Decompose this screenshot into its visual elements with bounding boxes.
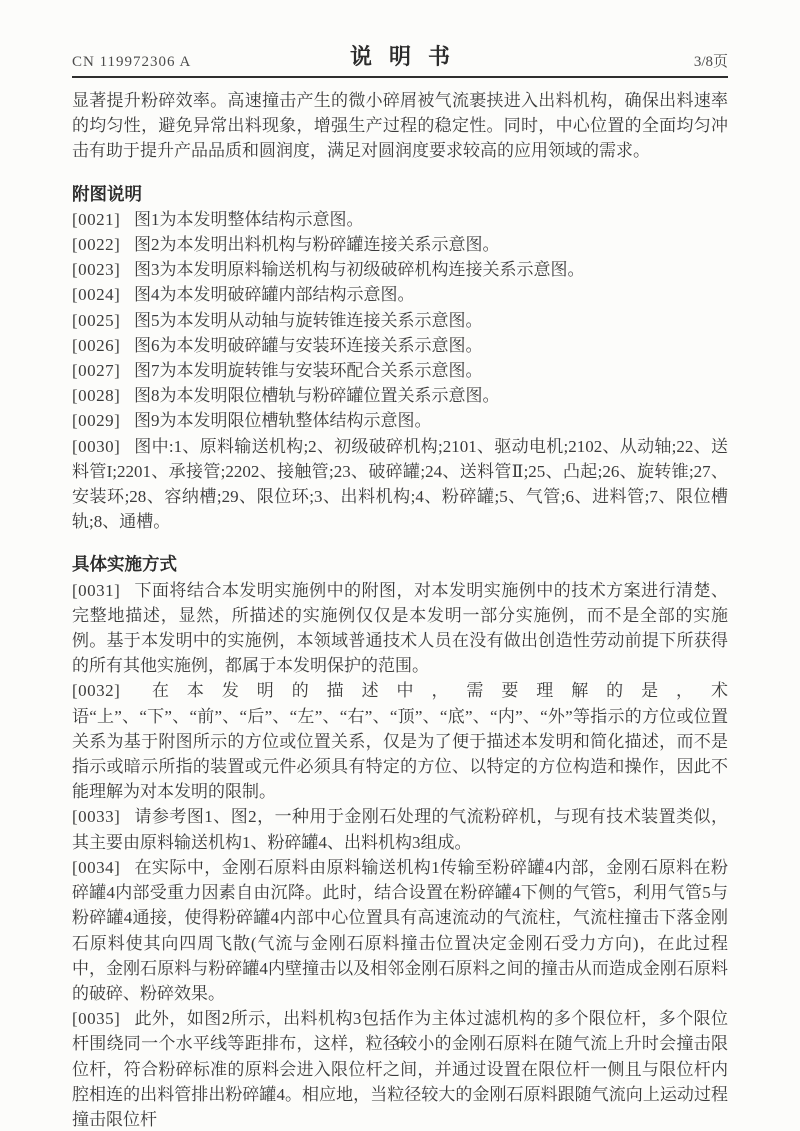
paragraph-text: 图5为本发明从动轴与旋转锥连接关系示意图。 <box>134 311 483 330</box>
paragraph-0021: [0021]图1为本发明整体结构示意图。 <box>72 207 728 232</box>
paragraph-0032: [0032]在本发明的描述中，需要理解的是，术语“上”、“下”、“前”、“后”、… <box>72 678 728 804</box>
page-indicator: 3/8页 <box>694 50 728 71</box>
header-rule <box>72 76 728 78</box>
paragraph-0028: [0028]图8为本发明限位槽轨与粉碎罐位置关系示意图。 <box>72 383 728 408</box>
continuation-paragraph: 显著提升粉碎效率。高速撞击产生的微小碎屑被气流裹挟进入出料机构，确保出料速率的均… <box>72 88 728 164</box>
paragraph-0033: [0033]请参考图1、图2，一种用于金刚石处理的气流粉碎机，与现有技术装置类似… <box>72 804 728 854</box>
paragraph-0022: [0022]图2为本发明出料机构与粉碎罐连接关系示意图。 <box>72 232 728 257</box>
document-title: 说明书 <box>333 40 467 71</box>
paragraph-text: 图1为本发明整体结构示意图。 <box>134 210 364 229</box>
paragraph-text: 图2为本发明出料机构与粉碎罐连接关系示意图。 <box>134 235 500 254</box>
specification-body: 显著提升粉碎效率。高速撞击产生的微小碎屑被气流裹挟进入出料机构，确保出料速率的均… <box>72 88 728 1131</box>
paragraph-number: [0027] <box>72 358 134 383</box>
paragraph-0034: [0034]在实际中，金刚石原料由原料输送机构1传输至粉碎罐4内部，金刚石原料在… <box>72 855 728 1006</box>
paragraph-number: [0030] <box>72 434 134 459</box>
paragraph-0030: [0030]图中:1、原料输送机构;2、初级破碎机构;2101、驱动电机;210… <box>72 434 728 535</box>
patent-specification-page: CN 119972306 A 说明书 3/8页 显著提升粉碎效率。高速撞击产生的… <box>0 0 800 1131</box>
paragraph-text: 此外，如图2所示，出料机构3包括作为主体过滤机构的多个限位杆，多个限位杆围绕同一… <box>72 1009 728 1129</box>
publication-number: CN 119972306 A <box>72 54 191 71</box>
section-heading-detailed-description: 具体实施方式 <box>72 552 728 577</box>
paragraph-text: 图4为本发明破碎罐内部结构示意图。 <box>134 285 415 304</box>
section-heading-brief-description-of-drawings: 附图说明 <box>72 182 728 207</box>
paragraph-text: 下面将结合本发明实施例中的附图，对本发明实施例中的技术方案进行清楚、完整地描述，… <box>72 581 728 676</box>
paragraph-0035: [0035]此外，如图2所示，出料机构3包括作为主体过滤机构的多个限位杆，多个限… <box>72 1006 728 1131</box>
paragraph-number: [0035] <box>72 1006 134 1031</box>
paragraph-number: [0032] <box>72 678 134 703</box>
paragraph-number: [0026] <box>72 333 134 358</box>
paragraph-0025: [0025]图5为本发明从动轴与旋转锥连接关系示意图。 <box>72 308 728 333</box>
paragraph-number: [0022] <box>72 232 134 257</box>
paragraph-text: 在实际中，金刚石原料由原料输送机构1传输至粉碎罐4内部，金刚石原料在粉碎罐4内部… <box>72 858 728 1003</box>
paragraph-number: [0034] <box>72 855 134 880</box>
paragraph-0024: [0024]图4为本发明破碎罐内部结构示意图。 <box>72 282 728 307</box>
page-header: CN 119972306 A 说明书 3/8页 <box>72 44 728 71</box>
paragraph-0026: [0026]图6为本发明破碎罐与安装环连接关系示意图。 <box>72 333 728 358</box>
paragraph-text: 图9为本发明限位槽轨整体结构示意图。 <box>134 411 432 430</box>
paragraph-0027: [0027]图7为本发明旋转锥与安装环配合关系示意图。 <box>72 358 728 383</box>
paragraph-number: [0031] <box>72 578 134 603</box>
paragraph-number: [0029] <box>72 408 134 433</box>
paragraph-text: 图3为本发明原料输送机构与初级破碎机构连接关系示意图。 <box>134 260 585 279</box>
paragraph-number: [0021] <box>72 207 134 232</box>
paragraph-number: [0023] <box>72 257 134 282</box>
paragraph-text: 请参考图1、图2，一种用于金刚石处理的气流粉碎机，与现有技术装置类似，其主要由原… <box>72 807 728 851</box>
paragraph-0031: [0031]下面将结合本发明实施例中的附图，对本发明实施例中的技术方案进行清楚、… <box>72 578 728 679</box>
paragraph-text: 图中:1、原料输送机构;2、初级破碎机构;2101、驱动电机;2102、从动轴;… <box>72 437 728 532</box>
paragraph-text: 图6为本发明破碎罐与安装环连接关系示意图。 <box>134 336 483 355</box>
paragraph-number: [0033] <box>72 804 134 829</box>
sheet-number: 6 <box>0 1036 800 1053</box>
paragraph-0023: [0023]图3为本发明原料输送机构与初级破碎机构连接关系示意图。 <box>72 257 728 282</box>
paragraph-number: [0028] <box>72 383 134 408</box>
paragraph-text: 图7为本发明旋转锥与安装环配合关系示意图。 <box>134 361 483 380</box>
paragraph-text: 图8为本发明限位槽轨与粉碎罐位置关系示意图。 <box>134 386 500 405</box>
paragraph-number: [0025] <box>72 308 134 333</box>
paragraph-text: 在本发明的描述中，需要理解的是，术语“上”、“下”、“前”、“后”、“左”、“右… <box>72 681 728 801</box>
paragraph-0029: [0029]图9为本发明限位槽轨整体结构示意图。 <box>72 408 728 433</box>
paragraph-number: [0024] <box>72 282 134 307</box>
